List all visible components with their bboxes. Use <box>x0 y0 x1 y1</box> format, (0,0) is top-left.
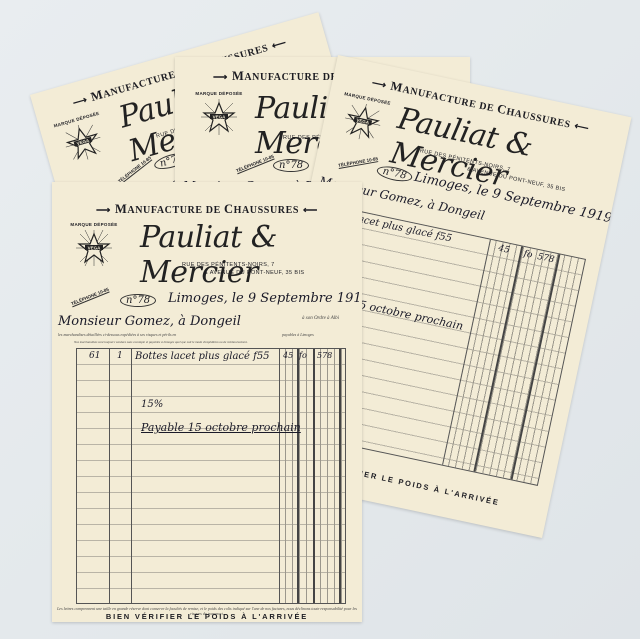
item-col2: fo <box>299 351 307 360</box>
addressee-note: à son Ordre à Albi <box>302 316 339 321</box>
invoice-number: n°78 <box>273 159 309 172</box>
item-description: Bottes lacet plus glacé f55 <box>135 351 270 362</box>
item-total: 578 <box>317 351 332 360</box>
payable-note: payables à Limoges <box>282 332 314 337</box>
item-col1: 45 <box>283 351 293 360</box>
footer-warning: BIEN VÉRIFIER LE POIDS À L'ARRIVÉE <box>52 612 362 621</box>
vega-star-logo-icon: MARQUE DÉPOSÉE VEGA <box>193 91 245 143</box>
svg-text:VEGA: VEGA <box>88 245 102 250</box>
company-name: Pauliat & Mercier <box>140 220 362 290</box>
note-discount: 15% <box>141 399 163 410</box>
header-title: ⟶MANUFACTURE DE CHAUSSURES⟵ <box>52 202 362 217</box>
item-ref: 61 <box>89 351 100 361</box>
address-line2: & Avenue du Pont-Neuf, 35 bis <box>204 270 304 276</box>
note-payable: Payable 15 octobre prochain <box>141 421 301 434</box>
vega-star-logo-icon: MARQUE DÉPOSÉE VEGA <box>68 222 120 274</box>
vega-star-logo-icon: MARQUE DÉPOSÉE VEGA <box>51 110 115 174</box>
fine-print-1: les marchandises détaillées ci-dessous e… <box>58 332 176 337</box>
item-qty: 1 <box>117 351 123 361</box>
telephone: TÉLÉPHONE 10-85 <box>70 287 110 308</box>
address-line1: Rue des Pénitents-Noirs, 7 <box>182 262 275 268</box>
line-items-table: 61 1 Bottes lacet plus glacé f55 45 fo 5… <box>76 348 346 604</box>
place-date: Limoges, le 9 Septembre 1919 <box>168 291 362 306</box>
fine-print-2: Nos marchandises sont toujours vendues s… <box>74 340 248 344</box>
vega-star-logo-icon: MARQUE DÉPOSÉE VEGA <box>332 91 394 153</box>
telephone: TÉLÉPHONE 10-85 <box>338 156 379 169</box>
invoice-sheet-front: ⟶MANUFACTURE DE CHAUSSURES⟵ MARQUE DÉPOS… <box>52 182 362 622</box>
svg-text:VEGA: VEGA <box>213 114 227 119</box>
addressee: Monsieur Gomez, à Dongeil <box>58 314 241 329</box>
invoice-number: n°78 <box>120 294 156 307</box>
